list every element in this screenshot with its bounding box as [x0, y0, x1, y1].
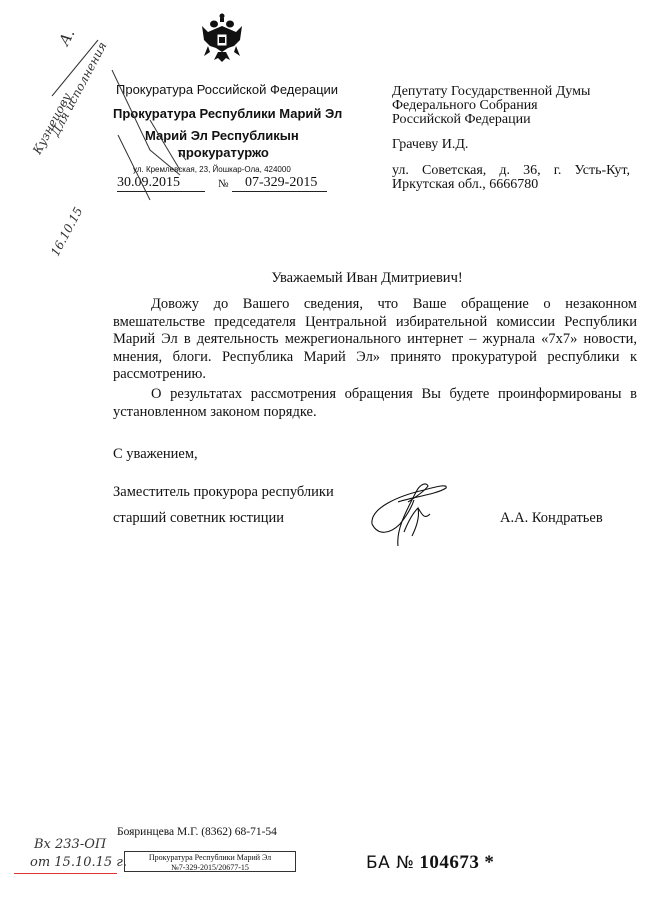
- serial-asterisk: *: [484, 852, 494, 873]
- closing: С уважением,: [113, 446, 198, 463]
- incoming-registration-number: Вх 233-ОП: [34, 837, 106, 852]
- serial-prefix: БА №: [366, 853, 414, 873]
- letter-number-label: №: [218, 178, 229, 190]
- stamp-line-number: №7-329-2015/20677-15: [125, 863, 295, 873]
- handwritten-note-initial: А.: [55, 26, 78, 49]
- paragraph-text: О результатах рассмотрения обращения Вы …: [113, 386, 637, 421]
- letterhead-line-federation: Прокуратура Российской Федерации: [116, 82, 338, 97]
- form-serial-number: БА № 104673 *: [366, 852, 494, 874]
- letter-number: 07-329-2015: [245, 175, 317, 191]
- body-paragraph-1: Довожу до Вашего сведения, что Ваше обра…: [113, 296, 637, 384]
- serial-number: 104673: [419, 852, 479, 873]
- recipient-address: ул. Советская, д. 36, г. Усть-Кут, Иркут…: [392, 164, 630, 192]
- letterhead-line-mari: Марий Эл Республикын: [145, 128, 299, 143]
- signatory-name: А.А. Кондратьев: [500, 510, 603, 527]
- date-underline: [117, 191, 205, 192]
- salutation: Уважаемый Иван Дмитриевич!: [0, 270, 654, 287]
- recipient-name: Грачеву И.Д.: [392, 137, 468, 153]
- paragraph-text: Довожу до Вашего сведения, что Ваше обра…: [113, 296, 637, 384]
- registration-underline: [14, 873, 117, 874]
- letter-date: 30.09.2015: [117, 175, 180, 191]
- recipient-line: Федерального Собрания: [392, 99, 590, 113]
- handwritten-note-date: 16.10.15: [48, 205, 85, 259]
- signature-icon: [368, 478, 450, 548]
- recipient-line: Российской Федерации: [392, 113, 590, 127]
- recipient-block: Депутату Государственной Думы Федерально…: [392, 85, 590, 127]
- body-paragraph-2: О результатах рассмотрения обращения Вы …: [113, 386, 637, 421]
- executor-contact: Бояринцева М.Г. (8362) 68-71-54: [117, 826, 277, 838]
- letterhead-line-mari-2: прокуратуржо: [178, 145, 269, 160]
- registration-stamp: Прокуратура Республики Марий Эл №7-329-2…: [124, 851, 296, 872]
- number-underline: [232, 191, 327, 192]
- incoming-registration-date: от 15.10.15 г.: [30, 855, 127, 870]
- signatory-title: Заместитель прокурора республики: [113, 484, 334, 501]
- handwritten-note-instruction: Для исполнения: [48, 39, 110, 138]
- letterhead-line-republic: Прокуратура Республики Марий Эл: [113, 106, 342, 121]
- stamp-line-org: Прокуратура Республики Марий Эл: [125, 853, 295, 863]
- letterhead-address: ул. Кремлевская, 23, Йошкар-Ола, 424000: [133, 165, 291, 174]
- coat-of-arms-emblem-icon: [200, 12, 244, 64]
- signatory-rank: старший советник юстиции: [113, 510, 284, 527]
- recipient-line: Депутату Государственной Думы: [392, 85, 590, 99]
